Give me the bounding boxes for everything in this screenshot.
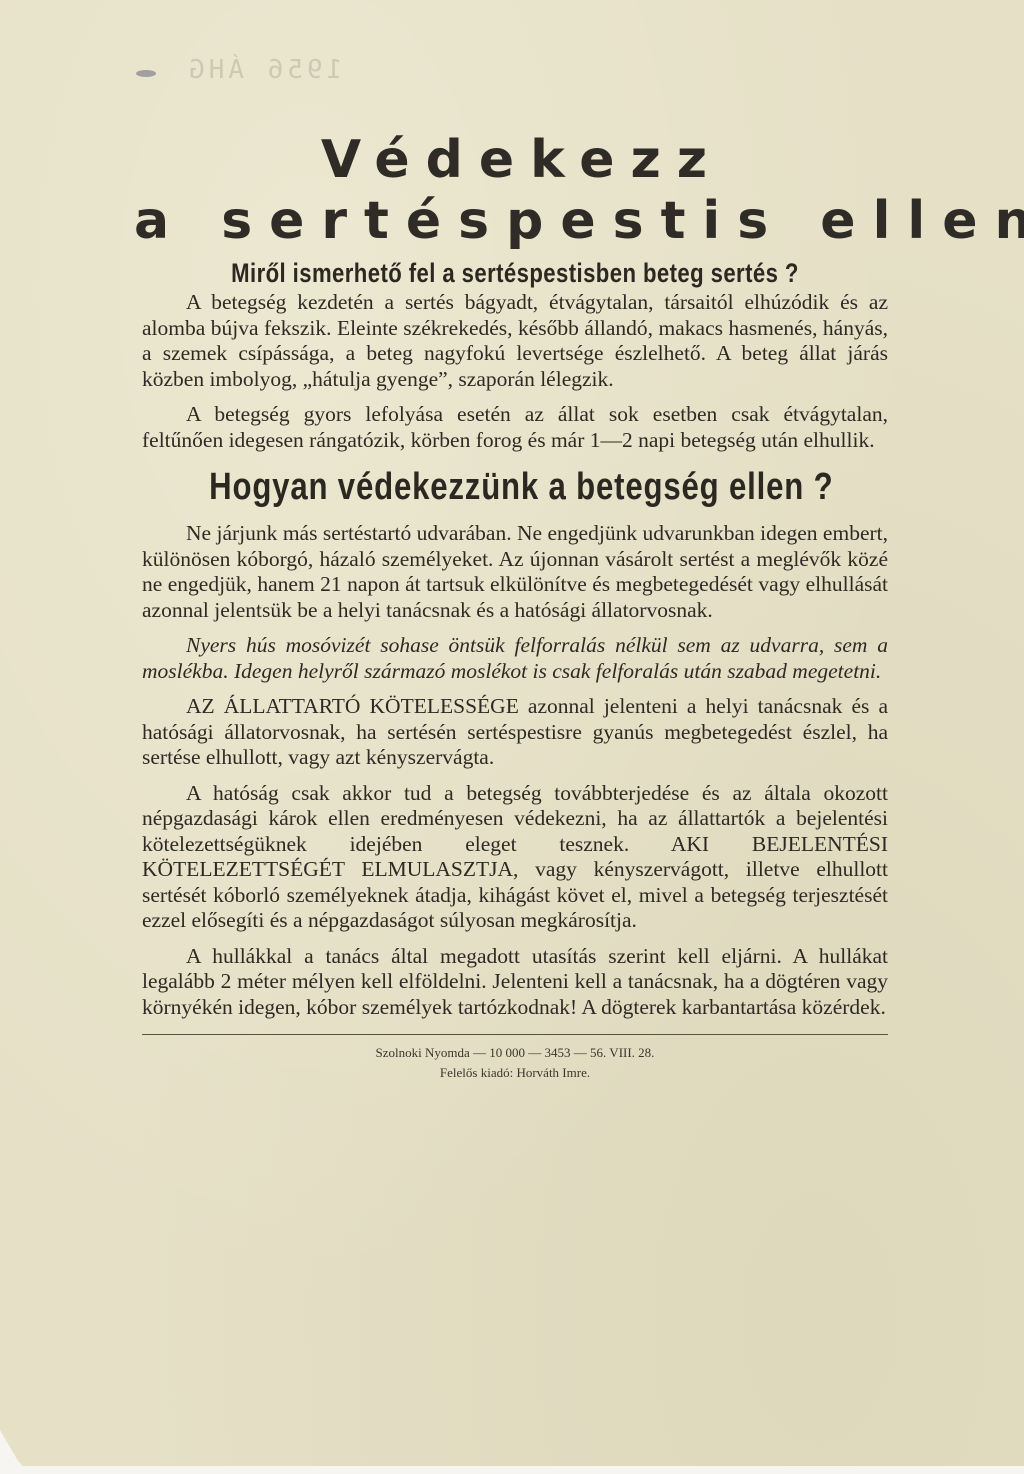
title-line-1: Védekezz — [142, 130, 888, 190]
section-1-paragraph: A betegség gyors lefolyása esetén az áll… — [142, 402, 888, 453]
ink-spot — [136, 70, 156, 77]
section-1-heading: Miről ismerhető fel a sertéspestisben be… — [209, 256, 821, 290]
footer-divider — [142, 1034, 888, 1035]
section-2-paragraph: A hatóság csak akkor tud a betegség tová… — [142, 781, 888, 934]
publisher-line: Felelős kiadó: Horváth Imre. — [142, 1063, 888, 1083]
printer-line: Szolnoki Nyomda — 10 000 — 3453 — 56. VI… — [142, 1043, 888, 1063]
section-2-paragraph: A hullákkal a tanács által megadott utas… — [142, 944, 888, 1021]
paper-sheet: 1956 ÁHG Védekezz a sertéspestis ellen! … — [0, 0, 1024, 1466]
footer: Szolnoki Nyomda — 10 000 — 3453 — 56. VI… — [142, 1043, 888, 1083]
section-2-heading: Hogyan védekezzünk a betegség ellen ? — [209, 463, 821, 511]
leaflet-content: Védekezz a sertéspestis ellen! Miről ism… — [142, 130, 888, 1083]
title-line-2: a sertéspestis ellen! — [134, 190, 888, 252]
section-2-paragraph: Ne járjunk más sertéstartó udvarában. Ne… — [142, 521, 888, 623]
faded-stamp: 1956 ÁHG — [185, 55, 342, 85]
section-2-paragraph: AZ ÁLLATTARTÓ KÖTELESSÉGE azonnal jelent… — [142, 694, 888, 771]
section-2-italic-paragraph: Nyers hús mosóvizét sohase öntsük felfor… — [142, 633, 888, 684]
section-1-paragraph: A betegség kezdetén a sertés bágyadt, ét… — [142, 290, 888, 392]
